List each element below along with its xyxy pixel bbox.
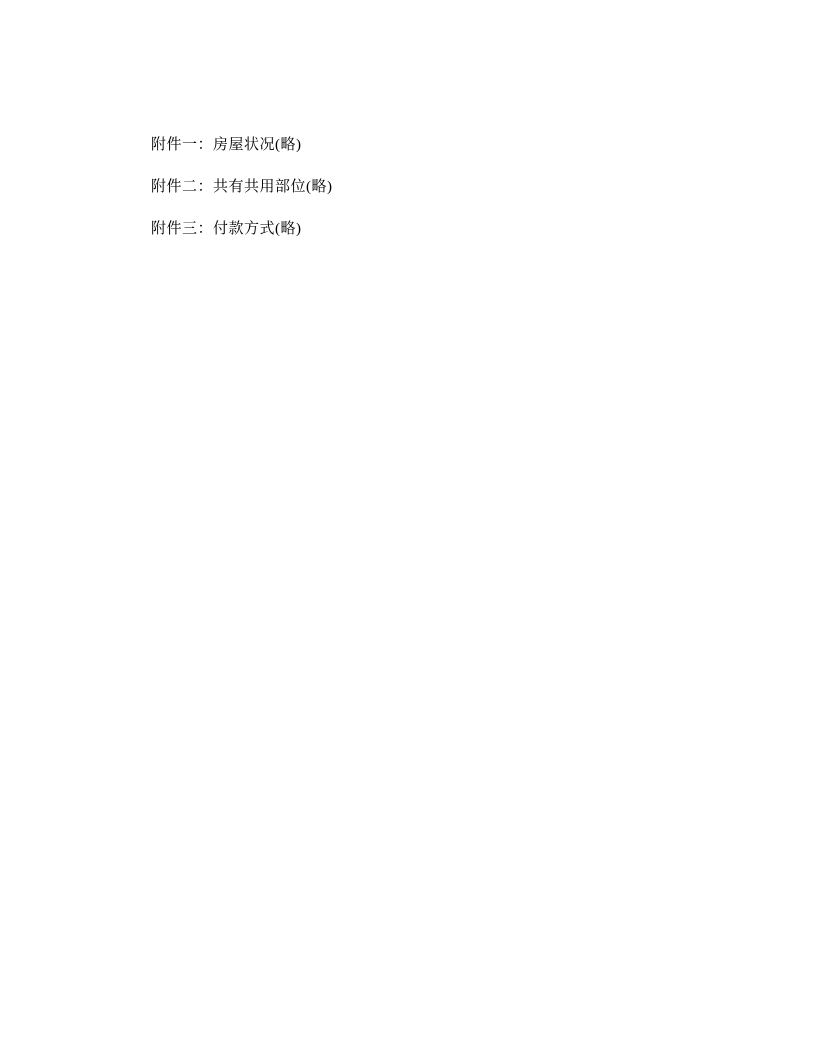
document-page: 附件一：房屋状况(略) 附件二：共有共用部位(略) 附件三：付款方式(略)	[0, 0, 816, 1056]
attachment-list: 附件一：房屋状况(略) 附件二：共有共用部位(略) 附件三：付款方式(略)	[151, 137, 333, 263]
attachment-line-3: 附件三：付款方式(略)	[151, 221, 333, 237]
attachment-line-1: 附件一：房屋状况(略)	[151, 137, 333, 153]
attachment-line-2: 附件二：共有共用部位(略)	[151, 179, 333, 195]
